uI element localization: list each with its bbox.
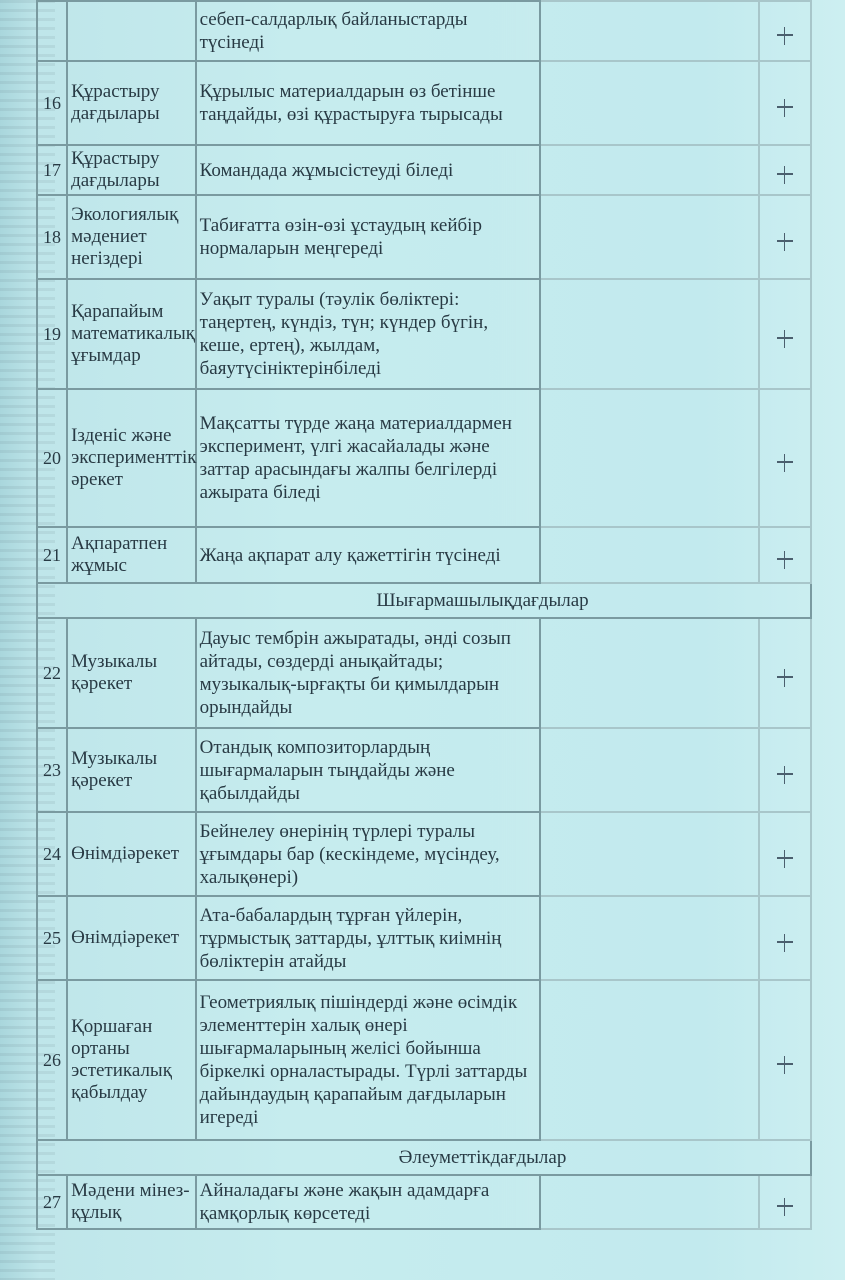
assessment-sheet: себеп-салдарлық байланыстарды түсінеді 1… [36, 0, 812, 1230]
row-number: 25 [37, 896, 67, 980]
table-row: 24 Өнімдіәрекет Бейнелеу өнерінің түрлер… [37, 812, 811, 896]
skill-description: Отандық композиторлардың шығармаларын ты… [196, 728, 540, 812]
table-row: 16 Құрастыру дағдылары Құрылыс материалд… [37, 61, 811, 145]
plus-mark-icon [777, 1056, 793, 1072]
mark-cell [759, 279, 811, 389]
table-row: 27 Мәдени мінез-құлық Айналадағы және жа… [37, 1175, 811, 1229]
mark-cell [759, 389, 811, 527]
skill-description: Командада жұмысістеуді біледі [196, 145, 540, 195]
mark-cell [759, 61, 811, 145]
skill-area: Экологиялық мәдениет негіздері [67, 195, 195, 279]
row-number: 26 [37, 980, 67, 1140]
mark-cell [759, 980, 811, 1140]
mark-cell [759, 812, 811, 896]
blank-cell [540, 1175, 759, 1229]
skill-area: Ізденіс және эксперименттік әрекет [67, 389, 195, 527]
section-header-row: Әлеуметтікдағдылар [37, 1140, 811, 1175]
skill-description: Бейнелеу өнерінің түрлері туралы ұғымдар… [196, 812, 540, 896]
plus-mark-icon [777, 551, 793, 567]
skill-description: Мақсатты түрде жаңа материалдармен экспе… [196, 389, 540, 527]
plus-mark-icon [777, 1198, 793, 1214]
plus-mark-icon [777, 766, 793, 782]
mark-cell [759, 1, 811, 61]
skill-description: Ата-бабалардың тұрған үйлерін, тұрмыстық… [196, 896, 540, 980]
blank-cell [540, 527, 759, 583]
plus-mark-icon [777, 166, 793, 182]
plus-mark-icon [777, 330, 793, 346]
skill-area [67, 1, 195, 61]
row-number [37, 1, 67, 61]
row-number: 23 [37, 728, 67, 812]
row-number: 17 [37, 145, 67, 195]
skill-area: Мәдени мінез-құлық [67, 1175, 195, 1229]
section-title-social: Әлеуметтікдағдылар [37, 1140, 811, 1175]
blank-cell [540, 812, 759, 896]
row-number: 22 [37, 618, 67, 728]
mark-cell [759, 527, 811, 583]
table-row: 25 Өнімдіәрекет Ата-бабалардың тұрған үй… [37, 896, 811, 980]
blank-cell [540, 279, 759, 389]
skill-area: Өнімдіәрекет [67, 896, 195, 980]
mark-cell [759, 728, 811, 812]
blank-cell [540, 145, 759, 195]
table-row: 21 Ақпаратпен жұмыс Жаңа ақпарат алу қаж… [37, 527, 811, 583]
skill-area: Музыкалы қәрекет [67, 728, 195, 812]
mark-cell [759, 618, 811, 728]
mark-cell [759, 145, 811, 195]
blank-cell [540, 618, 759, 728]
blank-cell [540, 1, 759, 61]
skill-description: себеп-салдарлық байланыстарды түсінеді [196, 1, 540, 61]
table-row: 19 Қарапайым математикалық ұғымдар Уақыт… [37, 279, 811, 389]
skill-area: Қоршаған ортаны эстетикалық қабылдау [67, 980, 195, 1140]
mark-cell [759, 195, 811, 279]
plus-mark-icon [777, 99, 793, 115]
skill-description: Уақыт туралы (тәулік бөліктері: таңертең… [196, 279, 540, 389]
skill-description: Табиғатта өзін-өзі ұстаудың кейбір норма… [196, 195, 540, 279]
blank-cell [540, 195, 759, 279]
row-number: 21 [37, 527, 67, 583]
plus-mark-icon [777, 27, 793, 43]
blank-cell [540, 389, 759, 527]
row-number: 18 [37, 195, 67, 279]
skill-area: Құрастыру дағдылары [67, 145, 195, 195]
skill-area: Құрастыру дағдылары [67, 61, 195, 145]
skill-description: Геометриялық пішіндерді және өсімдік эле… [196, 980, 540, 1140]
plus-mark-icon [777, 454, 793, 470]
plus-mark-icon [777, 934, 793, 950]
table-row: 26 Қоршаған ортаны эстетикалық қабылдау … [37, 980, 811, 1140]
skill-description: Жаңа ақпарат алу қажеттігін түсінеді [196, 527, 540, 583]
blank-cell [540, 980, 759, 1140]
skill-area: Ақпаратпен жұмыс [67, 527, 195, 583]
row-number: 20 [37, 389, 67, 527]
row-number: 16 [37, 61, 67, 145]
plus-mark-icon [777, 669, 793, 685]
section-title-creative: Шығармашылықдағдылар [37, 583, 811, 618]
mark-cell [759, 1175, 811, 1229]
table-row: 18 Экологиялық мәдениет негіздері Табиға… [37, 195, 811, 279]
section-header-row: Шығармашылықдағдылар [37, 583, 811, 618]
blank-cell [540, 896, 759, 980]
blank-cell [540, 728, 759, 812]
blank-cell [540, 61, 759, 145]
table-row: 17 Құрастыру дағдылары Командада жұмысіс… [37, 145, 811, 195]
skill-area: Өнімдіәрекет [67, 812, 195, 896]
mark-cell [759, 896, 811, 980]
skill-description: Дауыс тембрін ажыратады, әнді созып айта… [196, 618, 540, 728]
skill-description: Құрылыс материалдарын өз бетінше таңдайд… [196, 61, 540, 145]
table-row: 20 Ізденіс және эксперименттік әрекет Ма… [37, 389, 811, 527]
skill-area: Қарапайым математикалық ұғымдар [67, 279, 195, 389]
table-row: 23 Музыкалы қәрекет Отандық композиторла… [37, 728, 811, 812]
row-number: 24 [37, 812, 67, 896]
row-number: 19 [37, 279, 67, 389]
skill-description: Айналадағы және жақын адамдарға қамқорлы… [196, 1175, 540, 1229]
plus-mark-icon [777, 850, 793, 866]
table-row: 22 Музыкалы қәрекет Дауыс тембрін ажырат… [37, 618, 811, 728]
skills-table: себеп-салдарлық байланыстарды түсінеді 1… [36, 0, 812, 1230]
skill-area: Музыкалы қәрекет [67, 618, 195, 728]
plus-mark-icon [777, 233, 793, 249]
table-row: себеп-салдарлық байланыстарды түсінеді [37, 1, 811, 61]
row-number: 27 [37, 1175, 67, 1229]
